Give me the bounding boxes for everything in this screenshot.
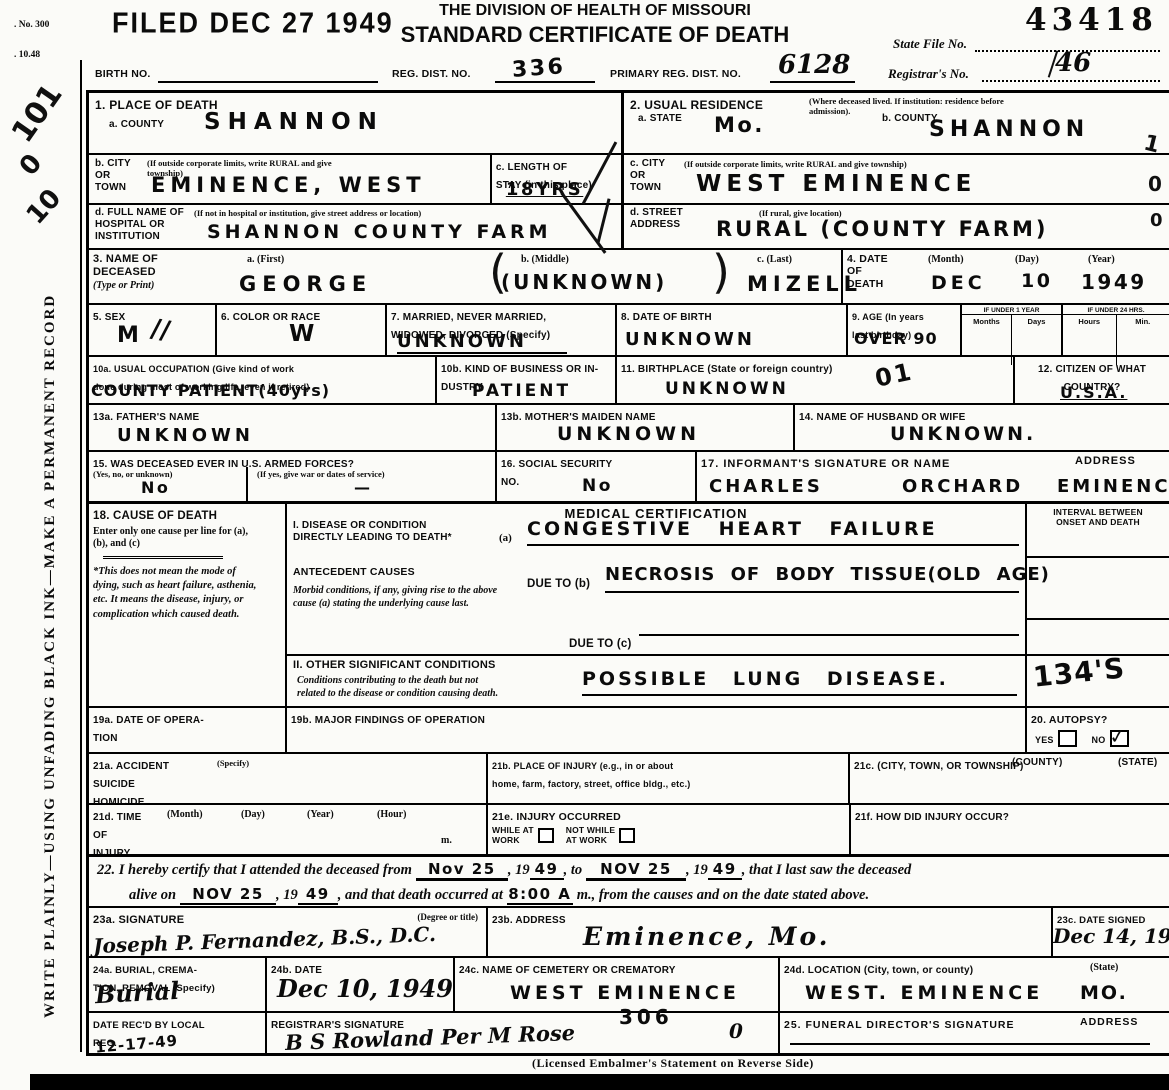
residence-county-value: SHANNON (929, 117, 1089, 142)
injury-time-cell: 21d. TIME OF INJURY (Month) (Day) (Year)… (89, 805, 486, 854)
father-label: 13a. FATHER'S NAME (93, 412, 199, 423)
middle-name-label: b. (Middle) (521, 254, 569, 265)
cemetery-cell: 24c. NAME OF CEMETERY OR CREMATORY WEST … (453, 958, 778, 1011)
injury-month-label: (Month) (167, 809, 203, 820)
business-value: PATIENT (472, 381, 571, 401)
informant-cell: 17. INFORMANT'S SIGNATURE OR NAME ADDRES… (695, 452, 1169, 501)
other-conditions-label: II. OTHER SIGNIFICANT CONDITIONS (293, 659, 496, 672)
burial-date-value: Dec 10, 1949 (277, 974, 453, 1003)
margin-vertical-instruction: WRITE PLAINLY—USING UNFADING BLACK INK—M… (42, 148, 59, 1018)
certify-to-date: NOV 25 (586, 861, 686, 881)
informant-label: 17. INFORMANT'S SIGNATURE OR NAME (701, 458, 950, 470)
autopsy-no-label: NO (1092, 735, 1106, 745)
injury-state-label: (STATE) (1118, 757, 1157, 769)
margin-scrawl-101: 101 (5, 78, 70, 149)
birth-no-line (158, 68, 378, 83)
informant-name-value: CHARLES ORCHARD (709, 476, 1023, 497)
citizen-value: U.S.A. (1060, 383, 1127, 402)
row-certify-statement: 22. I hereby certify that I attended the… (89, 854, 1169, 906)
mother-label: 13b. MOTHER'S MAIDEN NAME (501, 412, 656, 423)
cemetery-value: WEST EMINENCE (510, 982, 740, 1004)
registrar-scrawl-0: 0 (729, 1019, 743, 1043)
birthplace-label: 11. BIRTHPLACE (State or foreign country… (621, 364, 833, 375)
street-address-label: d. STREET ADDRESS (630, 207, 683, 231)
certify-from-date: Nov 25 (416, 861, 508, 881)
usual-residence-note: (Where deceased lived. If institution: r… (809, 96, 1159, 116)
medical-certification-cell: MEDICAL CERTIFICATION I. DISEASE OR COND… (285, 504, 1025, 706)
embalmer-footer-note: (Licensed Embalmer's Statement on Revers… (532, 1056, 814, 1070)
birthplace-scrawl: 01 (873, 357, 916, 392)
birthplace-value: UNKNOWN (665, 379, 789, 399)
burial-location-state-value: MO. (1080, 982, 1128, 1004)
institution-label: d. FULL NAME OF HOSPITAL OR INSTITUTION (95, 207, 184, 242)
injury-hour-label: (Hour) (377, 809, 406, 820)
state-file-no-label: State File No. (893, 36, 967, 52)
how-injury-label: 21f. HOW DID INJURY OCCUR? (855, 812, 1009, 823)
row-place-residence: 1. PLACE OF DEATH a. COUNTY SHANNON b. C… (89, 93, 1169, 248)
place-of-death-title: 1. PLACE OF DEATH (95, 98, 218, 112)
certify-sep4: , 19 (276, 887, 298, 903)
interval-column: INTERVAL BETWEEN ONSET AND DEATH 134'S (1025, 504, 1169, 706)
interval-label: INTERVAL BETWEEN ONSET AND DEATH (1027, 504, 1169, 527)
under-24hr-label: IF UNDER 24 HRS. (1063, 305, 1169, 314)
injury-city-label: 21c. (CITY, TOWN, OR TOWNSHIP) (854, 761, 1024, 772)
while-at-work-label: WHILE AT WORK (492, 825, 534, 845)
length-of-stay-value: 18YRS (506, 179, 583, 200)
deceased-type-note: (Type or Print) (93, 280, 154, 291)
registrar-scrawl-306: 306 (619, 1005, 673, 1029)
date-of-death-cell: 4. DATE OF DEATH (Month) (Day) (Year) DE… (841, 250, 1169, 303)
physician-signature-cell: 23a. SIGNATURE (Degree or title) Joseph … (89, 908, 486, 956)
row-registrar: DATE REC'D BY LOCAL REG. 12-17-49 REGIST… (89, 1011, 1169, 1053)
accident-cell: 21a. ACCIDENT SUICIDE HOMICIDE (Specify) (89, 754, 486, 803)
row-sex-race-age: 5. SEX M // 6. COLOR OR RACE W 7. MARRIE… (89, 303, 1169, 355)
not-while-at-work-checkbox[interactable] (619, 828, 635, 843)
dob-value: UNKNOWN (625, 329, 755, 350)
scan-artifact-bar (30, 1074, 1169, 1090)
row-medical-certification: 18. CAUSE OF DEATH Enter only one cause … (89, 501, 1169, 706)
burial-location-value: WEST. EMINENCE (805, 982, 1043, 1004)
father-value: UNKNOWN (117, 425, 254, 446)
mother-cell: 13b. MOTHER'S MAIDEN NAME UNKNOWN (495, 405, 793, 450)
disease-condition-label: I. DISEASE OR CONDITION DIRECTLY LEADING… (293, 520, 452, 544)
row-signature: 23a. SIGNATURE (Degree or title) Joseph … (89, 906, 1169, 956)
residence-city-value: WEST EMINENCE (696, 171, 976, 197)
injury-year-label: (Year) (307, 809, 334, 820)
cause-a-value: CONGESTIVE HEART FAILURE (527, 518, 1019, 546)
ssn-value: No (582, 476, 613, 496)
margin-form-revision: . 10.48 (14, 50, 40, 61)
age-cell: 9. AGE (In years last birthday) OVER 90 (846, 305, 960, 355)
section-place-of-death: 1. PLACE OF DEATH a. COUNTY SHANNON b. C… (89, 93, 621, 248)
dod-year-value: 1949 (1081, 270, 1147, 294)
burial-type-value: Burial (94, 976, 180, 1009)
residence-city-label: c. CITY OR TOWN (630, 158, 665, 193)
date-signed-cell: 23c. DATE SIGNED Dec 14, 1949 (1051, 908, 1169, 956)
primary-reg-dist-line (770, 68, 855, 83)
spouse-cell: 14. NAME OF HUSBAND OR WIFE UNKNOWN. (793, 405, 1169, 450)
date-received-cell: DATE REC'D BY LOCAL REG. 12-17-49 (89, 1013, 265, 1053)
burial-location-state-label: (State) (1090, 962, 1118, 974)
certify-part3: alive on (129, 887, 176, 903)
row-occupation: 10a. USUAL OCCUPATION (Give kind of work… (89, 355, 1169, 403)
form-left-double-rule (80, 60, 82, 1052)
injury-m-label: m. (441, 835, 452, 846)
burial-date-cell: 24b. DATE Dec 10, 1949 (265, 958, 453, 1011)
race-cell: 6. COLOR OR RACE W (215, 305, 385, 355)
mother-value: UNKNOWN (557, 423, 700, 445)
burial-location-label: 24d. LOCATION (City, town, or county) (784, 965, 973, 976)
filed-date-stamp: FILED DEC 27 1949 (112, 7, 394, 40)
cause-a-label: (a) (499, 532, 512, 544)
armed-war-value: — (354, 478, 373, 497)
row-burial: 24a. BURIAL, CREMA- TION, REMOVAL (Speci… (89, 956, 1169, 1011)
sex-label: 5. SEX (93, 312, 125, 323)
row-accident: 21a. ACCIDENT SUICIDE HOMICIDE (Specify)… (89, 752, 1169, 803)
interval-scrawl: 134'S (1032, 651, 1127, 693)
funeral-address-label: ADDRESS (1080, 1016, 1138, 1028)
row-parents: 13a. FATHER'S NAME UNKNOWN 13b. MOTHER'S… (89, 403, 1169, 450)
deceased-title: 3. NAME OF DECEASED (93, 253, 158, 279)
certify-to-year: 49 (708, 861, 742, 880)
reg-dist-label: REG. DIST. NO. (392, 68, 471, 80)
box-bottom-double-rule (86, 1053, 1169, 1055)
injury-place-cell: 21b. PLACE OF INJURY (e.g., in or about … (486, 754, 848, 803)
dod-day-value: 10 (1021, 270, 1052, 292)
edge-scrawl-2: 0 (1148, 172, 1162, 196)
primary-reg-dist-label: PRIMARY REG. DIST. NO. (610, 68, 741, 80)
dob-label: 8. DATE OF BIRTH (621, 312, 712, 323)
state-file-number-stamp: 43418 (1025, 2, 1158, 38)
antecedent-label: ANTECEDENT CAUSES (293, 566, 415, 578)
middle-name-big-paren-right: ) (712, 245, 730, 299)
while-at-work-checkbox[interactable] (538, 828, 554, 843)
marital-value: UNKNOWN (397, 331, 567, 354)
section-usual-residence: 2. USUAL RESIDENCE (Where deceased lived… (621, 93, 1169, 248)
cause-c-line (639, 634, 1019, 636)
operation-date-label: 19a. DATE OF OPERA- TION (93, 715, 204, 744)
certificate-title: STANDARD CERTIFICATE OF DEATH (370, 22, 820, 48)
cause-instruction-2: *This does not mean the mode of dying, s… (93, 565, 263, 622)
injury-occurred-label: 21e. INJURY OCCURRED (492, 811, 621, 823)
cause-b-label: DUE TO (b) (527, 578, 590, 592)
certify-part4: , and that death occurred at (338, 887, 503, 903)
county-label: a. COUNTY (109, 119, 164, 130)
other-conditions-value: POSSIBLE LUNG DISEASE. (582, 668, 1017, 696)
cemetery-label: 24c. NAME OF CEMETERY OR CREMATORY (459, 965, 676, 976)
autopsy-no-checkmark: ✓ (1107, 723, 1129, 749)
autopsy-yes-label: YES (1035, 735, 1054, 745)
occupation-cell: 10a. USUAL OCCUPATION (Give kind of work… (89, 357, 435, 403)
injury-place-label: 21b. PLACE OF INJURY (e.g., in or about … (492, 761, 690, 789)
institution-note: (If not in hospital or institution, give… (194, 208, 421, 218)
certify-from-year: 49 (530, 861, 564, 880)
cause-c-label: DUE TO (c) (569, 638, 632, 652)
father-cell: 13a. FATHER'S NAME UNKNOWN (89, 405, 495, 450)
funeral-director-cell: 25. FUNERAL DIRECTOR'S SIGNATURE ADDRESS (778, 1013, 1169, 1053)
citizen-cell: 12. CITIZEN OF WHAT COUNTRY? U.S.A. (1013, 357, 1169, 403)
date-of-death-title: 4. DATE OF DEATH (847, 253, 888, 290)
residence-state-value: Mo. (714, 113, 765, 137)
under-1yr-label: IF UNDER 1 YEAR (962, 305, 1061, 314)
age-value: OVER 90 (854, 329, 938, 348)
injury-occurred-cell: 21e. INJURY OCCURRED WHILE AT WORK NOT W… (486, 805, 849, 854)
certificate-body: 1. PLACE OF DEATH a. COUNTY SHANNON b. C… (86, 90, 1169, 1056)
certify-part5: m., from the causes and on the date stat… (577, 887, 869, 903)
cause-divider (103, 556, 223, 559)
first-name-label: a. (First) (247, 254, 284, 265)
registrar-no-label: Registrar's No. (888, 66, 969, 82)
autopsy-label: 20. AUTOPSY? (1031, 714, 1108, 726)
physician-address-label: 23b. ADDRESS (492, 915, 566, 926)
last-name-label: c. (Last) (757, 254, 792, 265)
date-signed-value: Dec 14, 1949 (1053, 924, 1169, 948)
accident-specify-note: (Specify) (217, 758, 249, 768)
street-address-value: RURAL (COUNTY FARM) (716, 217, 1049, 241)
death-certificate-page: . No. 300 . 10.48 101 0 10 WRITE PLAINLY… (0, 0, 1169, 1090)
certify-sep1: , 19 (508, 862, 530, 878)
autopsy-no-checkbox[interactable]: ✓ (1110, 730, 1129, 747)
row-name-date: 3. NAME OF DECEASED (Type or Print) a. (… (89, 248, 1169, 303)
business-cell: 10b. KIND OF BUSINESS OR IN- DUSTRY PATI… (435, 357, 615, 403)
spouse-value: UNKNOWN. (890, 423, 1036, 445)
injury-time-label: 21d. TIME OF INJURY (93, 812, 141, 859)
certify-part1: 22. I hereby certify that I attended the… (97, 862, 412, 878)
cause-of-death-label: 18. CAUSE OF DEATH (93, 510, 217, 522)
certify-death-time: 8:00 A (507, 885, 573, 905)
age-under-24hr-group: IF UNDER 24 HRS. Hours Min. (1061, 305, 1169, 355)
sex-value: M (117, 323, 141, 348)
operation-date-cell: 19a. DATE OF OPERA- TION (89, 708, 285, 752)
age-under-1yr-group: IF UNDER 1 YEAR Months Days (960, 305, 1061, 355)
certify-part2: , that I last saw the deceased (742, 862, 912, 878)
cause-instruction-1: Enter only one cause per line for (a), (… (93, 526, 253, 550)
burial-type-cell: 24a. BURIAL, CREMA- TION, REMOVAL (Speci… (89, 958, 265, 1011)
physician-address-value: Eminence, Mo. (583, 922, 830, 951)
spouse-label: 14. NAME OF HUSBAND OR WIFE (799, 412, 966, 423)
residence-city-note: (If outside corporate limits, write RURA… (684, 159, 907, 169)
dod-month-value: DEC (931, 272, 986, 294)
burial-location-cell: 24d. LOCATION (City, town, or county) (S… (778, 958, 1169, 1011)
signature-degree-note: (Degree or title) (417, 912, 478, 923)
dob-cell: 8. DATE OF BIRTH UNKNOWN (615, 305, 846, 355)
injury-county-label: (COUNTY) (1012, 757, 1062, 769)
county-value: SHANNON (204, 109, 384, 135)
informant-address-label: ADDRESS (1075, 455, 1136, 468)
autopsy-cell: 20. AUTOPSY? YES NO ✓ (1025, 708, 1169, 752)
middle-name-value: (UNKNOWN) (501, 270, 667, 294)
ssn-cell: 16. SOCIAL SECURITY NO. No (495, 452, 695, 501)
autopsy-yes-checkbox[interactable] (1058, 730, 1077, 747)
usual-residence-title: 2. USUAL RESIDENCE (630, 98, 763, 112)
informant-address-value: EMINENCE (1057, 476, 1169, 497)
edge-scrawl-3: 0 (1150, 210, 1163, 231)
antecedent-note: Morbid conditions, if any, giving rise t… (293, 584, 518, 610)
registrar-signature-cell: REGISTRAR'S SIGNATURE 306 B S Rowland Pe… (265, 1013, 778, 1053)
armed-forces-value: No (141, 478, 170, 497)
injury-day-label: (Day) (241, 809, 265, 820)
cause-b-value: NECROSIS OF BODY TISSUE(OLD AGE) (605, 564, 1019, 593)
not-while-at-work-label: NOT WHILE AT WORK (566, 825, 616, 845)
signature-label: 23a. SIGNATURE (93, 914, 184, 926)
first-name-value: GEORGE (239, 272, 372, 296)
institution-value: SHANNON COUNTY FARM (207, 221, 552, 243)
row-armed-ssn-informant: 15. WAS DECEASED EVER IN U.S. ARMED FORC… (89, 450, 1169, 501)
margin-form-number: . No. 300 (14, 20, 49, 31)
dod-day-label: (Day) (1015, 254, 1039, 265)
sex-stray-marks: // (149, 314, 173, 347)
registrar-no-value: 46 (1055, 48, 1091, 78)
birthplace-cell: 11. BIRTHPLACE (State or foreign country… (615, 357, 1013, 403)
certify-alive-year: 49 (298, 885, 338, 905)
physician-address-cell: 23b. ADDRESS Eminence, Mo. (486, 908, 1051, 956)
division-title: THE DIVISION OF HEALTH OF MISSOURI (395, 2, 795, 20)
injury-city-cell: 21c. (CITY, TOWN, OR TOWNSHIP) (COUNTY) … (848, 754, 1169, 803)
operation-findings-cell: 19b. MAJOR FINDINGS OF OPERATION (285, 708, 1025, 752)
operation-findings-label: 19b. MAJOR FINDINGS OF OPERATION (291, 715, 485, 726)
certify-sep2: , to (564, 862, 583, 878)
row-injury-time: 21d. TIME OF INJURY (Month) (Day) (Year)… (89, 803, 1169, 854)
sex-cell: 5. SEX M // (89, 305, 215, 355)
residence-state-label: a. STATE (638, 113, 682, 125)
birth-no-label: BIRTH NO. (95, 68, 150, 80)
row-operation-autopsy: 19a. DATE OF OPERA- TION 19b. MAJOR FIND… (89, 706, 1169, 752)
reg-dist-line (495, 68, 595, 83)
physician-signature-value: Joseph P. Fernandez, B.S., D.C. (93, 922, 437, 958)
city-town-value: EMINENCE, WEST (151, 173, 426, 197)
middle-name-big-paren-left: ( (489, 245, 507, 299)
other-conditions-note: Conditions contributing to the death but… (297, 674, 498, 700)
race-value: W (289, 321, 317, 347)
cause-of-death-cell: 18. CAUSE OF DEATH Enter only one cause … (89, 504, 285, 706)
city-town-label: b. CITY OR TOWN (95, 158, 131, 193)
occupation-value: COUNTY PATIENT(40yrs) (91, 381, 330, 400)
funeral-director-label: 25. FUNERAL DIRECTOR'S SIGNATURE (784, 1019, 1015, 1031)
length-of-stay-cell: c. LENGTH OF STAY (in this place) 18YRS (490, 155, 621, 203)
how-injury-cell: 21f. HOW DID INJURY OCCUR? (849, 805, 1169, 854)
armed-forces-cell: 15. WAS DECEASED EVER IN U.S. ARMED FORC… (89, 452, 495, 501)
funeral-signature-line (790, 1043, 1150, 1045)
certify-alive-date: NOV 25 (180, 885, 276, 905)
accident-label: 21a. ACCIDENT SUICIDE HOMICIDE (93, 761, 169, 808)
certify-sep3: , 19 (686, 862, 708, 878)
dod-year-label: (Year) (1088, 254, 1115, 265)
dod-month-label: (Month) (928, 254, 964, 265)
marital-cell: 7. MARRIED, NEVER MARRIED, WIDOWED, DIVO… (385, 305, 615, 355)
